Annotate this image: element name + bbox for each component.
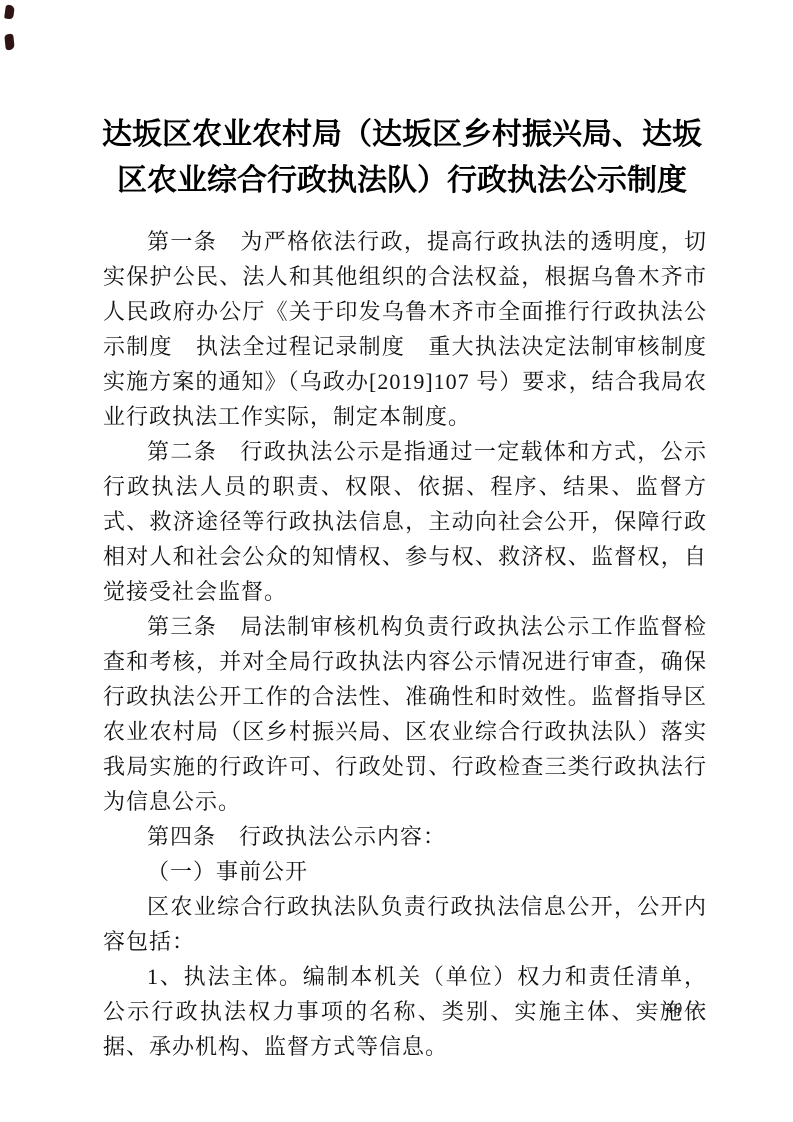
paragraph-article-3: 第三条 局法制审核机构负责行政执法公示工作监督检查和考核，并对全局行政执法内容公… <box>103 609 707 819</box>
scan-artifact-mark-top <box>4 4 15 19</box>
paragraph-article-1: 第一条 为严格依法行政，提高行政执法的透明度，切实保护公民、法人和其他组织的合法… <box>103 224 707 434</box>
document-title: 达坂区农业农村局（达坂区乡村振兴局、达坂区农业综合行政执法队）行政执法公示制度 <box>96 112 708 204</box>
page-footer: — 49 — <box>587 1000 707 1018</box>
paragraph-item-1-heading: （一）事前公开 <box>103 854 707 889</box>
document-page: 达坂区农业农村局（达坂区乡村振兴局、达坂区农业综合行政执法队）行政执法公示制度 … <box>0 0 793 1122</box>
scan-artifact-mark-bottom <box>4 34 15 51</box>
page-number: — 49 — <box>643 1001 708 1017</box>
paragraph-item-1-intro: 区农业综合行政执法队负责行政执法信息公开，公开内容包括： <box>103 889 707 959</box>
document-body: 第一条 为严格依法行政，提高行政执法的透明度，切实保护公民、法人和其他组织的合法… <box>103 224 707 1064</box>
paragraph-article-4: 第四条 行政执法公示内容： <box>103 819 707 854</box>
paragraph-article-2: 第二条 行政执法公示是指通过一定载体和方式，公示行政执法人员的职责、权限、依据、… <box>103 434 707 609</box>
